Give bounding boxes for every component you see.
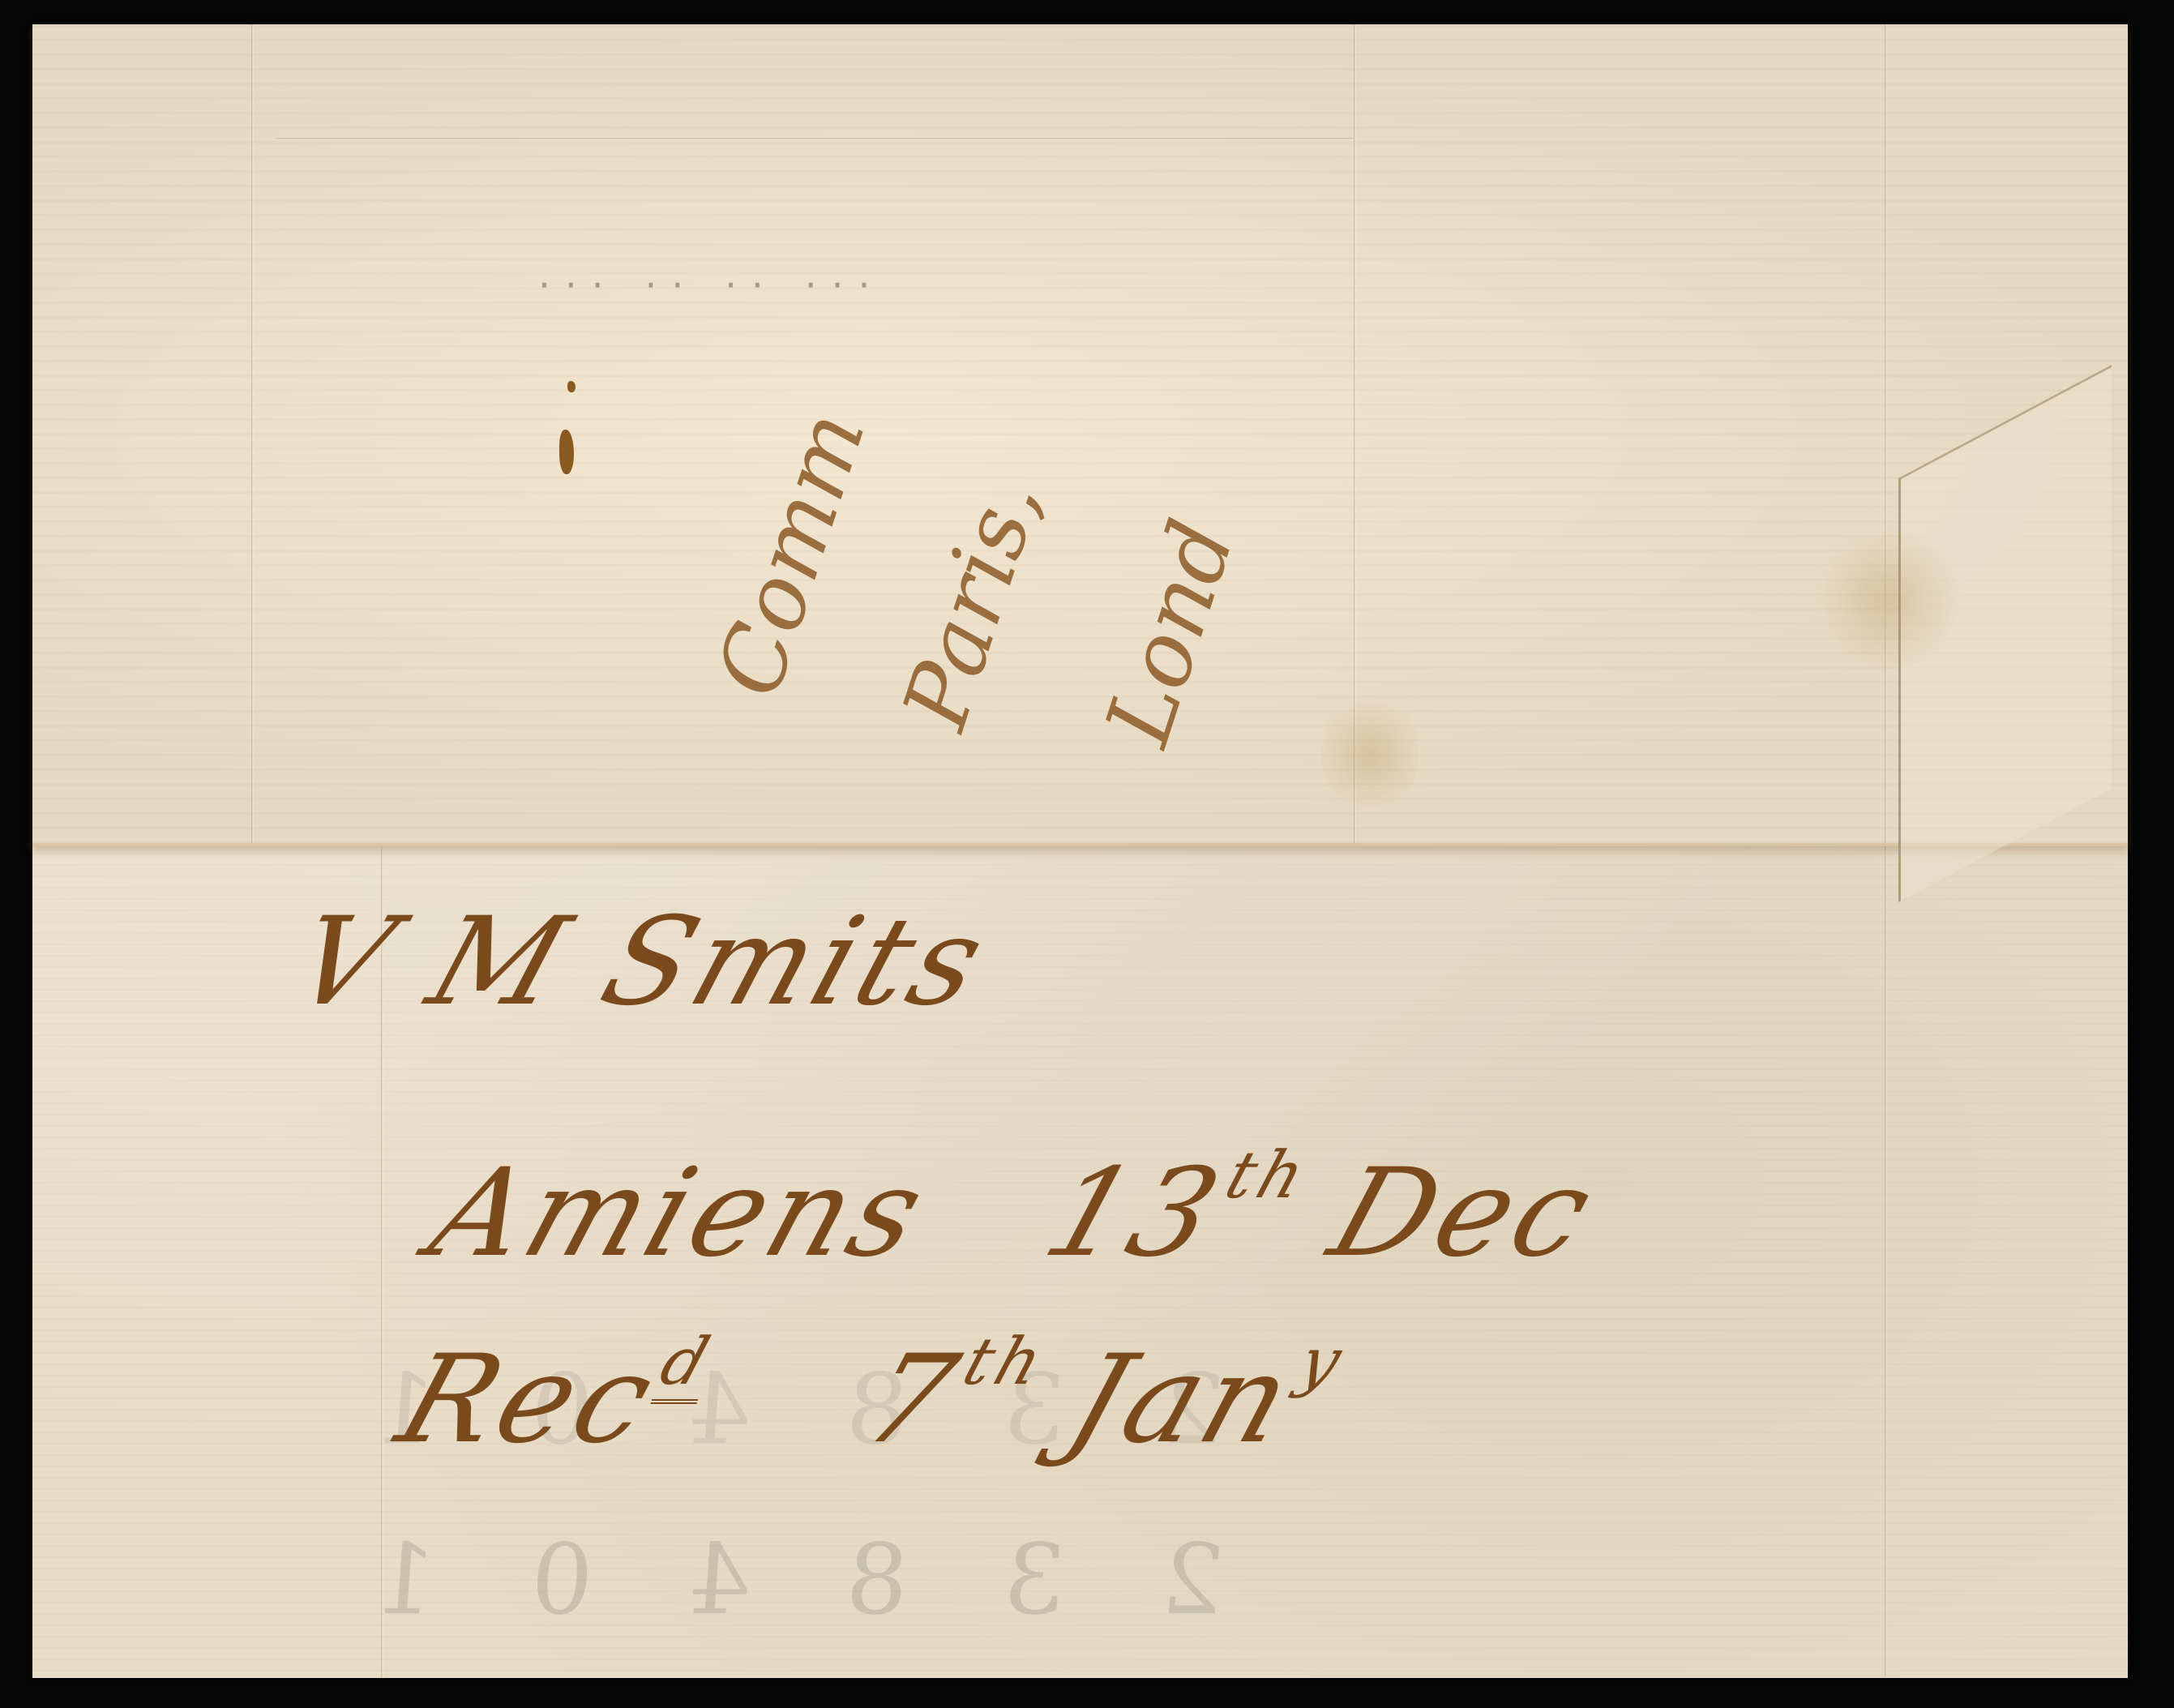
- address-line-2: Paris,: [883, 467, 1060, 741]
- sent-month: Dec: [1315, 1143, 1613, 1284]
- fold-line: [251, 24, 254, 843]
- address-line-1: Comm: [696, 400, 885, 708]
- received-month: Jan: [1052, 1329, 1312, 1470]
- letter-sheet: ··· ·· ·· ··· Comm Paris, Lond 2 3 8 4 0…: [32, 24, 2128, 1678]
- fold-line: [276, 138, 1354, 140]
- upper-flap: ··· ·· ·· ··· Comm Paris, Lond: [32, 24, 2128, 846]
- sent-place: Amiens: [415, 1143, 944, 1284]
- docket-sent-date: Amiens 13th Dec: [415, 1143, 1613, 1284]
- stain: [1321, 689, 1419, 819]
- sender-name: V M Smits: [277, 892, 1005, 1033]
- docket-received-date: Recd 7th Jany: [383, 1329, 1354, 1470]
- fold-line: [1885, 24, 1887, 843]
- docket-sender: V M Smits: [277, 892, 1005, 1033]
- stain: [1816, 527, 1962, 673]
- received-label: Rec: [383, 1329, 674, 1470]
- address-line-3: Lond: [1085, 508, 1254, 756]
- postmark: ··· ·· ·· ···: [535, 268, 881, 303]
- ink-blot: [559, 430, 574, 474]
- sent-day: 13: [1029, 1143, 1239, 1284]
- show-through-writing: 2 3 8 4 0 1: [325, 1524, 1238, 1637]
- received-day: 7: [849, 1329, 977, 1470]
- ink-blot: [567, 381, 576, 392]
